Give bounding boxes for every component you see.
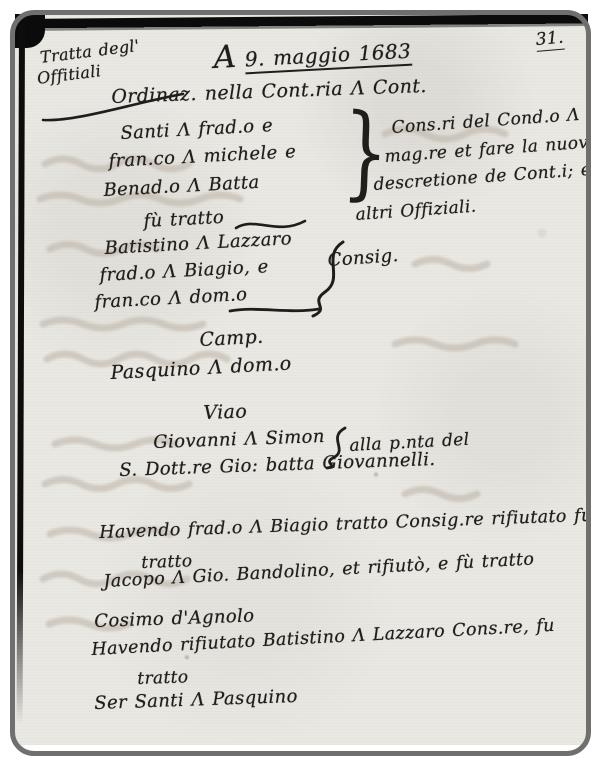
via-section-heading: Viao xyxy=(203,400,248,424)
note-refusal-3-cont: tratto xyxy=(137,667,189,689)
camp-section-heading: Camp. xyxy=(199,326,264,351)
manuscript-paper: Tratta degl' Offitiali 31. A 9. maggio 1… xyxy=(15,14,588,745)
date-initial: A xyxy=(213,39,238,76)
folio-number: 31. xyxy=(535,28,565,52)
scanned-page: Tratta degl' Offitiali 31. A 9. maggio 1… xyxy=(0,0,596,760)
fu-tratto-line: fù tratto xyxy=(143,207,225,232)
